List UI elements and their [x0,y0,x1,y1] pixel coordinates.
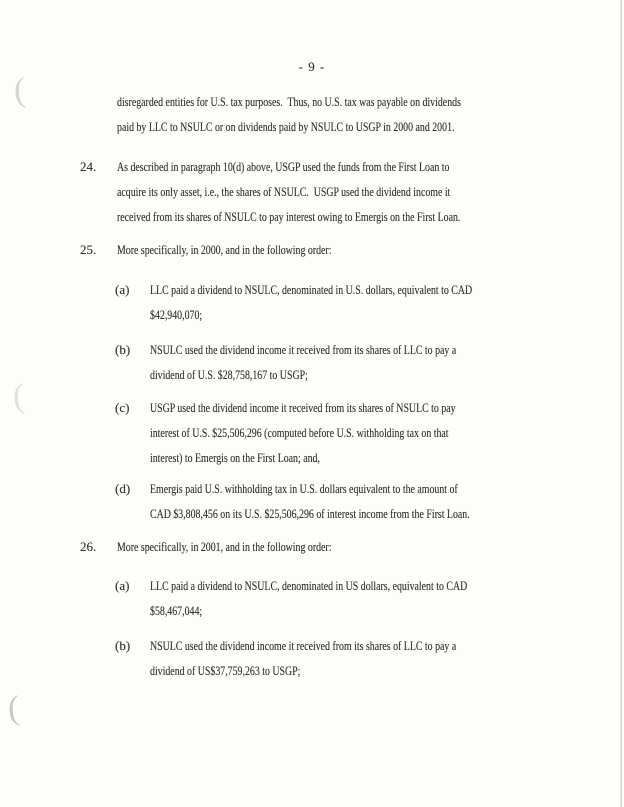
item-text: NSULC used the dividend income it receiv… [150,633,456,683]
scan-edge-shadow [620,0,622,807]
paragraph-number: 25. [80,237,117,262]
list-item-25b: (b) NSULC used the dividend income it re… [115,337,624,387]
paragraph-continuation: disregarded entities for U.S. tax purpos… [117,89,624,139]
item-text: LLC paid a dividend to NSULC, denominate… [150,573,467,623]
item-letter: (b) [115,337,150,387]
list-item-25d: (d) Emergis paid U.S. withholding tax in… [115,476,624,526]
paragraph-text: More specifically, in 2001, and in the f… [117,534,331,559]
paragraph-text: More specifically, in 2000, and in the f… [117,237,331,262]
scan-artifact-paren-top: ( [13,76,26,107]
paragraph-number: 26. [80,534,117,559]
item-text: LLC paid a dividend to NSULC, denominate… [150,277,472,327]
paragraph-text: As described in paragraph 10(d) above, U… [117,154,460,229]
list-item-25a: (a) LLC paid a dividend to NSULC, denomi… [115,277,624,327]
scan-artifact-paren-middle: ( [12,382,25,413]
paragraph-text: disregarded entities for U.S. tax purpos… [117,89,502,139]
item-letter: (a) [115,573,150,623]
list-item-26b: (b) NSULC used the dividend income it re… [115,633,624,683]
paragraph-number: 24. [80,154,117,229]
paragraph-25: 25. More specifically, in 2000, and in t… [80,237,624,262]
paragraph-26: 26. More specifically, in 2001, and in t… [80,534,624,559]
item-letter: (d) [115,476,150,526]
scan-artifact-paren-bottom: ( [7,694,20,725]
document-page: ( ( ( - 9 - disregarded entities for U.S… [0,0,624,807]
list-item-26a: (a) LLC paid a dividend to NSULC, denomi… [115,573,624,623]
item-letter: (c) [115,395,150,470]
paragraph-24: 24. As described in paragraph 10(d) abov… [80,154,624,229]
list-item-25c: (c) USGP used the dividend income it rec… [115,395,624,470]
item-text: USGP used the dividend income it receive… [150,395,456,470]
item-letter: (b) [115,633,150,683]
item-text: NSULC used the dividend income it receiv… [150,337,456,387]
item-text: Emergis paid U.S. withholding tax in U.S… [150,476,470,526]
page-number: - 9 - [0,0,624,79]
item-letter: (a) [115,277,150,327]
